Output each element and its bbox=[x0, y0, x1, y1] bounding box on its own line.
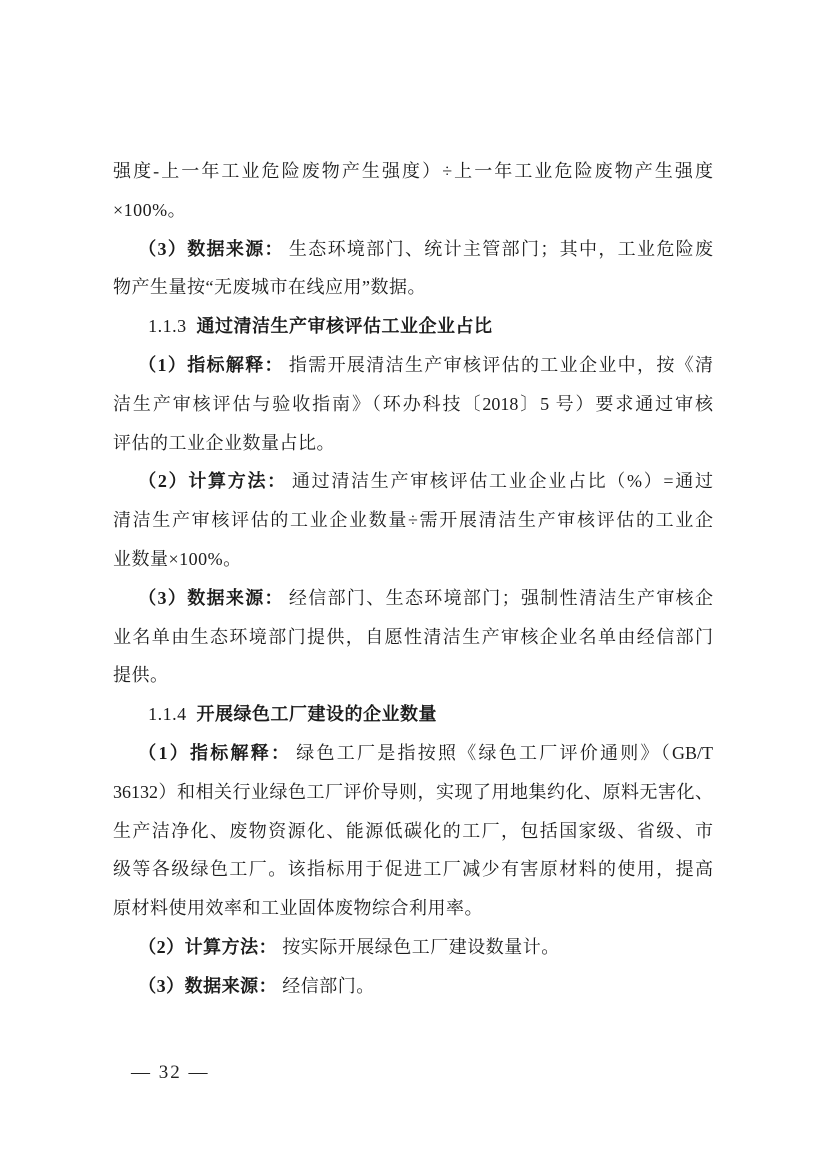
indicator-explanation-1-1-4-line: 级等各级绿色工厂。该指标用于促进工厂减少有害原材料的使用，提高 bbox=[113, 850, 713, 889]
bold-label: （2）计算方法： bbox=[138, 937, 277, 957]
heading-title: 开展绿色工厂建设的企业数量 bbox=[196, 704, 437, 724]
bold-label: （3）数据来源： bbox=[138, 588, 284, 608]
indicator-explanation-1-1-4-line: 生产洁净化、废物资源化、能源低碳化的工厂，包括国家级、省级、市 bbox=[113, 812, 713, 851]
calc-continuation-line: ×100%。 bbox=[113, 191, 713, 230]
line-text: 生态环境部门、统计主管部门；其中，工业危险废 bbox=[284, 239, 713, 259]
line-text: 经信部门。 bbox=[277, 976, 375, 996]
page-footer: — 32 — bbox=[131, 1059, 210, 1087]
line-text: 洁生产审核评估与验收指南》（环办科技〔2018〕5 号）要求通过审核 bbox=[113, 394, 713, 414]
bold-label: （3）数据来源： bbox=[138, 976, 277, 996]
section-heading-1-1-3: 1.1.3通过清洁生产审核评估工业企业占比 bbox=[113, 307, 713, 346]
data-source-1-1-4-line: （3）数据来源：经信部门。 bbox=[113, 967, 713, 1006]
data-source-1-1-2-line: （3）数据来源：生态环境部门、统计主管部门；其中，工业危险废 bbox=[113, 230, 713, 269]
section-heading-1-1-4: 1.1.4开展绿色工厂建设的企业数量 bbox=[113, 695, 713, 734]
line-text: 级等各级绿色工厂。该指标用于促进工厂减少有害原材料的使用，提高 bbox=[113, 859, 713, 879]
heading-title: 通过清洁生产审核评估工业企业占比 bbox=[196, 316, 492, 336]
data-source-1-1-3-line: 业名单由生态环境部门提供，自愿性清洁生产审核企业名单由经信部门 bbox=[113, 618, 713, 657]
calc-method-1-1-3-line: （2）计算方法：通过清洁生产审核评估工业企业占比（%）=通过 bbox=[113, 462, 713, 501]
line-text: 经信部门、生态环境部门；强制性清洁生产审核企 bbox=[284, 588, 713, 608]
line-text: 业数量×100%。 bbox=[113, 549, 242, 569]
line-text: 业名单由生态环境部门提供，自愿性清洁生产审核企业名单由经信部门 bbox=[113, 627, 713, 647]
heading-number: 1.1.4 bbox=[148, 704, 187, 724]
calc-method-1-1-3-line: 清洁生产审核评估的工业企业数量÷需开展清洁生产审核评估的工业企 bbox=[113, 501, 713, 540]
calc-method-1-1-3-line: 业数量×100%。 bbox=[113, 540, 713, 579]
data-source-1-1-3-line: （3）数据来源：经信部门、生态环境部门；强制性清洁生产审核企 bbox=[113, 579, 713, 618]
line-text: 清洁生产审核评估的工业企业数量÷需开展清洁生产审核评估的工业企 bbox=[113, 510, 713, 530]
indicator-explanation-1-1-3-line: （1）指标解释：指需开展清洁生产审核评估的工业企业中，按《清 bbox=[113, 346, 713, 385]
calc-method-1-1-4-line: （2）计算方法：按实际开展绿色工厂建设数量计。 bbox=[113, 928, 713, 967]
data-source-1-1-2-line: 物产生量按“无废城市在线应用”数据。 bbox=[113, 268, 713, 307]
line-text: ×100%。 bbox=[113, 200, 186, 220]
line-text: 提供。 bbox=[113, 665, 169, 685]
bold-label: （1）指标解释： bbox=[138, 743, 291, 763]
indicator-explanation-1-1-3-line: 洁生产审核评估与验收指南》（环办科技〔2018〕5 号）要求通过审核 bbox=[113, 385, 713, 424]
data-source-1-1-3-line: 提供。 bbox=[113, 656, 713, 695]
line-text: 生产洁净化、废物资源化、能源低碳化的工厂，包括国家级、省级、市 bbox=[113, 821, 713, 841]
bold-label: （2）计算方法： bbox=[138, 471, 287, 491]
line-text: 绿色工厂是指按照《绿色工厂评价通则》（GB/T bbox=[291, 743, 713, 763]
line-text: 评估的工业企业数量占比。 bbox=[113, 433, 335, 453]
line-text: 强度-上一年工业危险废物产生强度）÷上一年工业危险废物产生强度 bbox=[113, 161, 713, 181]
line-text: 原材料使用效率和工业固体废物综合利用率。 bbox=[113, 898, 483, 918]
heading-number: 1.1.3 bbox=[148, 316, 187, 336]
indicator-explanation-1-1-4-line: 36132）和相关行业绿色工厂评价导则，实现了用地集约化、原料无害化、 bbox=[113, 773, 713, 812]
calc-continuation-line: 强度-上一年工业危险废物产生强度）÷上一年工业危险废物产生强度 bbox=[113, 152, 713, 191]
line-text: 36132）和相关行业绿色工厂评价导则，实现了用地集约化、原料无害化、 bbox=[113, 782, 713, 802]
line-text: 按实际开展绿色工厂建设数量计。 bbox=[277, 937, 560, 957]
line-text: 通过清洁生产审核评估工业企业占比（%）=通过 bbox=[287, 471, 713, 491]
line-text: 指需开展清洁生产审核评估的工业企业中，按《清 bbox=[284, 355, 713, 375]
bold-label: （1）指标解释： bbox=[138, 355, 284, 375]
document-body: 强度-上一年工业危险废物产生强度）÷上一年工业危险废物产生强度 ×100%。 （… bbox=[113, 152, 713, 1006]
line-text: 物产生量按“无废城市在线应用”数据。 bbox=[113, 277, 426, 297]
bold-label: （3）数据来源： bbox=[138, 239, 284, 259]
indicator-explanation-1-1-4-line: 原材料使用效率和工业固体废物综合利用率。 bbox=[113, 889, 713, 928]
page-number-text: — 32 — bbox=[131, 1062, 210, 1083]
indicator-explanation-1-1-3-line: 评估的工业企业数量占比。 bbox=[113, 424, 713, 463]
indicator-explanation-1-1-4-line: （1）指标解释：绿色工厂是指按照《绿色工厂评价通则》（GB/T bbox=[113, 734, 713, 773]
document-page: 强度-上一年工业危险废物产生强度）÷上一年工业危险废物产生强度 ×100%。 （… bbox=[0, 0, 826, 1169]
